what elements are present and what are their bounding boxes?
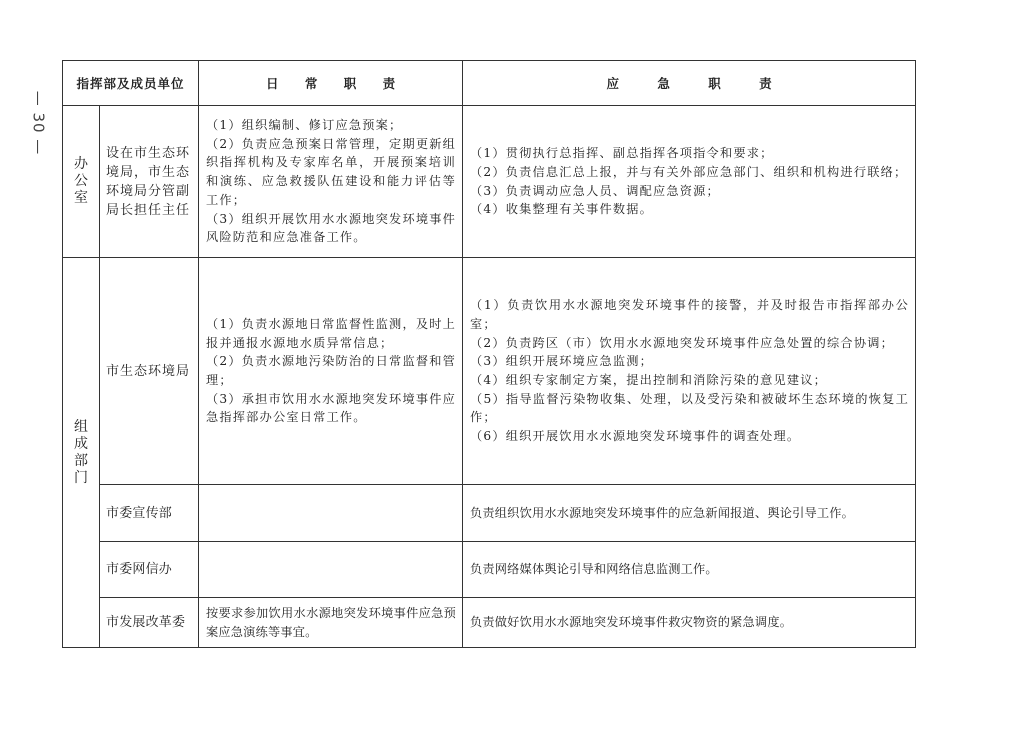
daily-duties: [199, 542, 463, 598]
duty-item: （1）负责饮用水水源地突发环境事件的接警，并及时报告市指挥部办公室；: [470, 296, 909, 333]
header-emergency: 应 急 职 责: [463, 61, 916, 106]
group-office: 办公室: [63, 106, 100, 258]
table-row-member: 市委网信办 负责网络媒体舆论引导和网络信息监测工作。: [63, 542, 916, 598]
header-char: 职: [708, 74, 721, 92]
unit-name: 市发展改革委: [100, 598, 199, 648]
header-char: 常: [305, 74, 318, 92]
duty-item: （1）组织编制、修订应急预案；: [206, 116, 456, 135]
duty-item: （2）负责水源地污染防治的日常监督和管理；: [206, 352, 456, 389]
duty-item: （4）收集整理有关事件数据。: [470, 200, 909, 219]
duty-table: 指挥部及成员单位 日 常 职 责 应 急 职 责 办公室 设在市生态环境局，市生…: [62, 60, 916, 648]
header-char: 责: [383, 74, 396, 92]
duty-item: 按要求参加饮用水水源地突发环境事件应急预案应急演练等事宜。: [206, 604, 456, 641]
unit-office: 设在市生态环境局，市生态环境局分管副局长担任主任: [100, 106, 199, 258]
table-row-member: 市发展改革委 按要求参加饮用水水源地突发环境事件应急预案应急演练等事宜。 负责做…: [63, 598, 916, 648]
unit-name: 市委宣传部: [100, 485, 199, 542]
duty-item: （5）指导监督污染物收集、处理，以及受污染和被破坏生态环境的恢复工作；: [470, 390, 909, 427]
header-row: 指挥部及成员单位 日 常 职 责 应 急 职 责: [63, 61, 916, 106]
duty-item: （2）负责信息汇总上报，并与有关外部应急部门、组织和机构进行联络；: [470, 163, 909, 182]
group-members: 组成部门: [63, 258, 100, 648]
header-char: 日: [266, 74, 279, 92]
emergency-duties: （1）负责饮用水水源地突发环境事件的接警，并及时报告市指挥部办公室； （2）负责…: [463, 258, 916, 485]
daily-office: （1）组织编制、修订应急预案； （2）负责应急预案日常管理，定期更新组织指挥机构…: [199, 106, 463, 258]
duty-item: （6）组织开展饮用水水源地突发环境事件的调查处理。: [470, 427, 909, 446]
header-char: 急: [657, 74, 670, 92]
page-number-text: — 30 —: [29, 91, 47, 156]
duty-item: （3）承担市饮用水水源地突发环境事件应急指挥部办公室日常工作。: [206, 390, 456, 427]
duty-item: 负责组织饮用水水源地突发环境事件的应急新闻报道、舆论引导工作。: [470, 504, 909, 523]
header-unit: 指挥部及成员单位: [63, 61, 199, 106]
duty-item: （1）贯彻执行总指挥、副总指挥各项指令和要求；: [470, 144, 909, 163]
duty-item: （3）组织开展环境应急监测；: [470, 352, 909, 371]
header-char: 责: [759, 74, 772, 92]
duty-item: 负责网络媒体舆论引导和网络信息监测工作。: [470, 560, 909, 579]
duty-item: （2）负责应急预案日常管理，定期更新组织指挥机构及专家库名单，开展预案培训和演练…: [206, 135, 456, 210]
header-daily: 日 常 职 责: [199, 61, 463, 106]
unit-name: 市生态环境局: [100, 258, 199, 485]
group-label: 组成部门: [74, 419, 88, 487]
duty-item: （1）负责水源地日常监督性监测，及时上报并通报水源地水质异常信息；: [206, 315, 456, 352]
table-row-office: 办公室 设在市生态环境局，市生态环境局分管副局长担任主任 （1）组织编制、修订应…: [63, 106, 916, 258]
emergency-duties: 负责组织饮用水水源地突发环境事件的应急新闻报道、舆论引导工作。: [463, 485, 916, 542]
group-label: 办公室: [74, 156, 88, 207]
header-char: 职: [344, 74, 357, 92]
unit-name: 市委网信办: [100, 542, 199, 598]
duty-item: （3）负责调动应急人员、调配应急资源；: [470, 182, 909, 201]
duty-item: （4）组织专家制定方案，提出控制和消除污染的意见建议；: [470, 371, 909, 390]
table-row-member: 组成部门 市生态环境局 （1）负责水源地日常监督性监测，及时上报并通报水源地水质…: [63, 258, 916, 485]
emergency-office: （1）贯彻执行总指挥、副总指挥各项指令和要求； （2）负责信息汇总上报，并与有关…: [463, 106, 916, 258]
duty-item: （3）组织开展饮用水水源地突发环境事件风险防范和应急准备工作。: [206, 210, 456, 247]
emergency-duties: 负责做好饮用水水源地突发环境事件救灾物资的紧急调度。: [463, 598, 916, 648]
daily-duties: （1）负责水源地日常监督性监测，及时上报并通报水源地水质异常信息； （2）负责水…: [199, 258, 463, 485]
daily-duties: [199, 485, 463, 542]
daily-duties: 按要求参加饮用水水源地突发环境事件应急预案应急演练等事宜。: [199, 598, 463, 648]
page-number: — 30 —: [18, 78, 58, 168]
duty-item: 负责做好饮用水水源地突发环境事件救灾物资的紧急调度。: [470, 613, 909, 632]
header-char: 应: [606, 74, 619, 92]
duty-item: （2）负责跨区（市）饮用水水源地突发环境事件应急处置的综合协调；: [470, 334, 909, 353]
emergency-duties: 负责网络媒体舆论引导和网络信息监测工作。: [463, 542, 916, 598]
table-row-member: 市委宣传部 负责组织饮用水水源地突发环境事件的应急新闻报道、舆论引导工作。: [63, 485, 916, 542]
